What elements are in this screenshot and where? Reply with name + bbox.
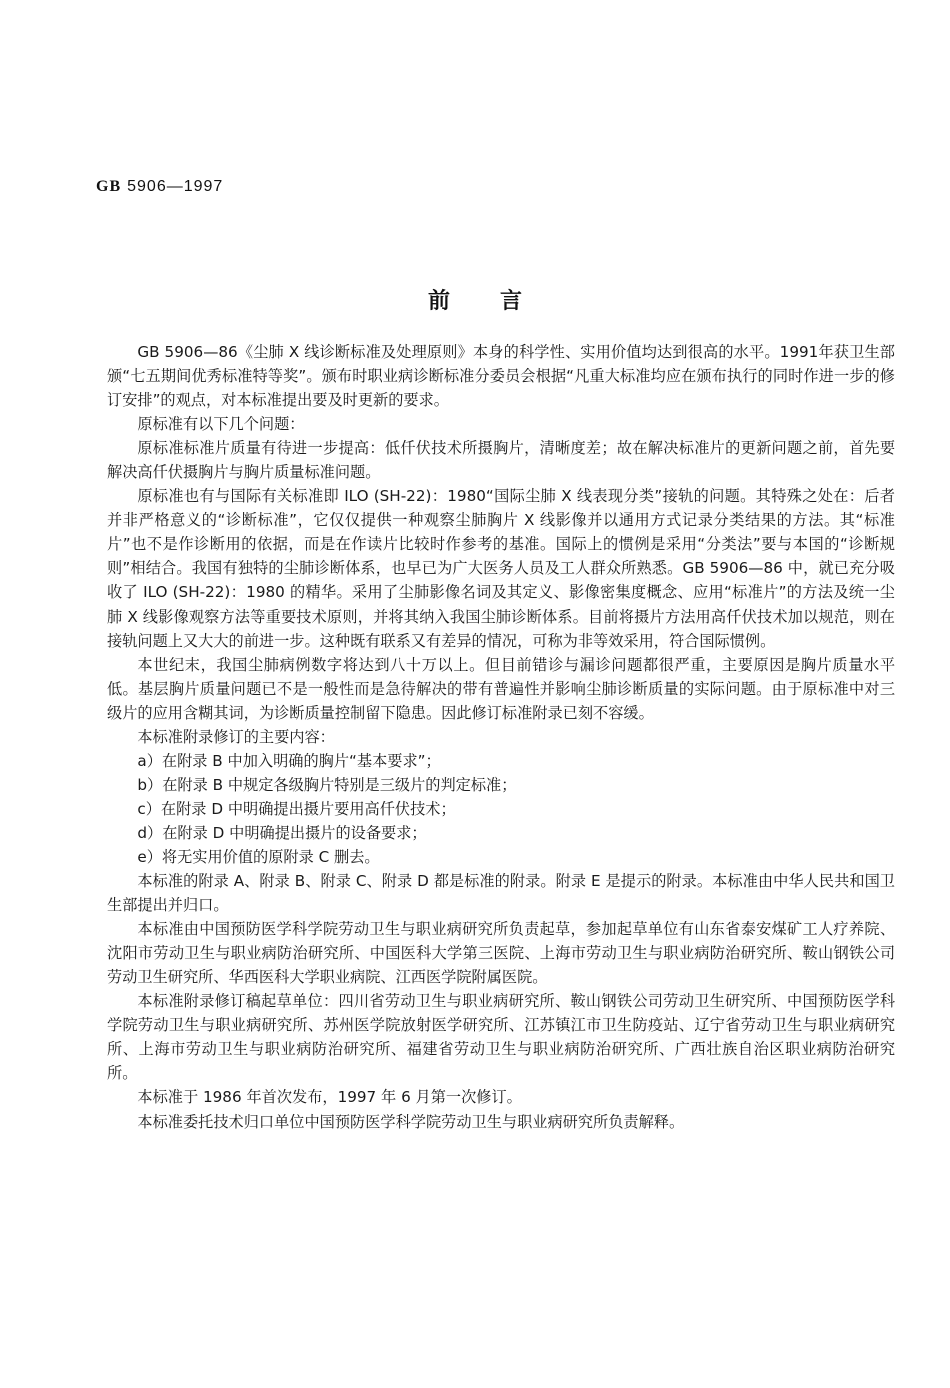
paragraph-issue-ilo-alignment: 原标准也有与国际有关标准即 ILO (SH-22)：1980“国际尘肺 X 线表…: [107, 484, 895, 652]
paragraph-drafting-units: 本标准由中国预防医学科学院劳动卫生与职业病研究所负责起草，参加起草单位有山东省泰…: [107, 917, 895, 989]
page-title: 前言: [0, 284, 950, 315]
revision-item-c: c）在附录 D 中明确提出摄片要用高仟伏技术；: [107, 797, 895, 821]
paragraph-issue-film-quality: 原标准标准片质量有待进一步提高：低仟伏技术所摄胸片，清晰度差；故在解决标准片的更…: [107, 436, 895, 484]
paragraph-background: GB 5906—86《尘肺 X 线诊断标准及处理原则》本身的科学性、实用价值均达…: [107, 340, 895, 412]
paragraph-issues-intro: 原标准有以下几个问题：: [107, 412, 895, 436]
revision-item-a: a）在附录 B 中加入明确的胸片“基本要求”；: [107, 749, 895, 773]
revision-item-b: b）在附录 B 中规定各级胸片特别是三级片的判定标准；: [107, 773, 895, 797]
paragraph-interpretation: 本标准委托技术归口单位中国预防医学科学院劳动卫生与职业病研究所负责解释。: [107, 1110, 895, 1134]
paragraph-publication-history: 本标准于 1986 年首次发布，1997 年 6 月第一次修订。: [107, 1085, 895, 1109]
paragraph-current-situation: 本世纪末，我国尘肺病例数字将达到八十万以上。但目前错诊与漏诊问题都很严重，主要原…: [107, 653, 895, 725]
paragraph-appendix-drafting-units: 本标准附录修订稿起草单位：四川省劳动卫生与职业病研究所、鞍山钢铁公司劳动卫生研究…: [107, 989, 895, 1085]
standard-prefix: GB: [96, 178, 121, 195]
revision-item-e: e）将无实用价值的原附录 C 删去。: [107, 845, 895, 869]
paragraph-revision-intro: 本标准附录修订的主要内容：: [107, 725, 895, 749]
foreword-body: GB 5906—86《尘肺 X 线诊断标准及处理原则》本身的科学性、实用价值均达…: [107, 340, 895, 1134]
revision-item-d: d）在附录 D 中明确提出摄片的设备要求；: [107, 821, 895, 845]
standard-code: 5906—1997: [127, 178, 223, 195]
paragraph-appendix-status: 本标准的附录 A、附录 B、附录 C、附录 D 都是标准的附录。附录 E 是提示…: [107, 869, 895, 917]
standard-number: GB5906—1997: [96, 178, 223, 196]
